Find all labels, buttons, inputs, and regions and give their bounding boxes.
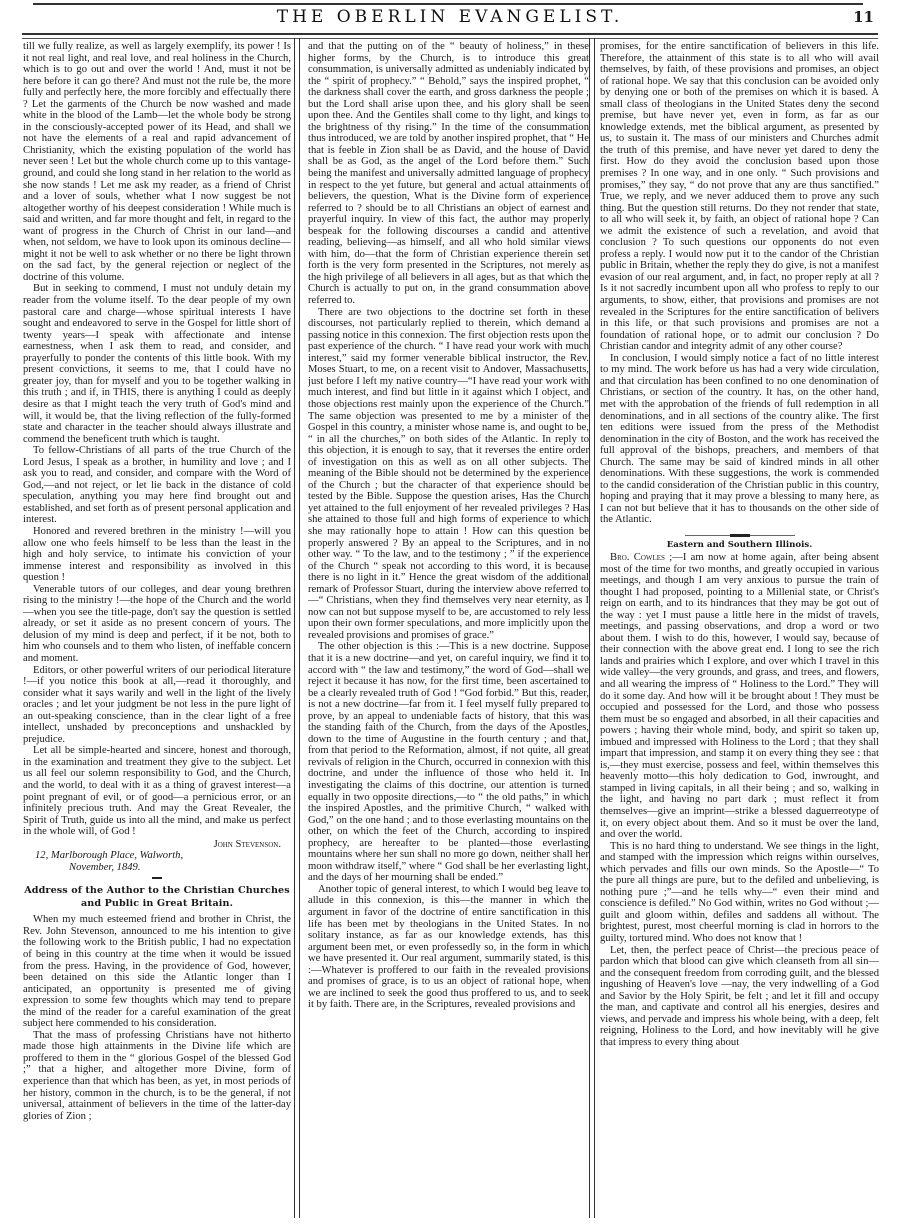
paragraph: and that the putting on of the “ beauty … [308, 41, 589, 307]
column-2: and that the putting on of the “ beauty … [308, 41, 589, 1221]
paragraph: Venerable tutors of our colleges, and de… [23, 584, 291, 665]
article-heading: Address of the Author to the Christian C… [23, 884, 291, 910]
signature: John Stevenson. [23, 839, 291, 851]
column-divider [589, 38, 595, 1218]
paragraph: Honored and revered brethren in the mini… [23, 526, 291, 584]
paragraph: The other objection is this :—This is a … [308, 641, 589, 883]
masthead-title: THE OBERLIN EVANGELIST. [0, 5, 900, 29]
article-heading: Eastern and Southern Illinois. [600, 539, 879, 551]
paragraph: This is no hard thing to understand. We … [600, 841, 879, 945]
paragraph: promises, for the entire sanctification … [600, 41, 879, 353]
salutation: Bro. Cowles [610, 552, 665, 563]
paragraph-text: ;—I am now at home again, after being ab… [600, 552, 879, 840]
section-divider [152, 877, 162, 879]
column-divider [294, 38, 300, 1218]
paragraph: till we fully realize, as well as largel… [23, 41, 291, 283]
paragraph: Editors, or other powerful writers of ou… [23, 665, 291, 746]
dateline-address-text: 12, Marlborough Place, Walworth, [35, 850, 183, 861]
dateline-address: 12, Marlborough Place, Walworth, [35, 850, 291, 862]
paragraph: When my much esteemed friend and brother… [23, 914, 291, 1029]
dateline-date: November, 1849. [69, 862, 291, 874]
paragraph: In conclusion, I would simply notice a f… [600, 353, 879, 526]
column-1: till we fully realize, as well as largel… [23, 41, 291, 1221]
paragraph: To fellow-Christians of all parts of the… [23, 445, 291, 526]
paragraph: Let all be simple-hearted and sincere, h… [23, 745, 291, 837]
paragraph: There are two objections to the doctrine… [308, 307, 589, 642]
paragraph: Bro. Cowles ;—I am now at home again, af… [600, 552, 879, 841]
ornamental-divider [685, 535, 795, 536]
paragraph: Let, then, the perfect peace of Christ—t… [600, 945, 879, 1049]
column-3: promises, for the entire sanctification … [600, 41, 879, 1221]
newspaper-page: THE OBERLIN EVANGELIST. 11 till we fully… [0, 0, 900, 1224]
header-rule [22, 33, 878, 39]
dateline-date-text: November, 1849. [69, 862, 141, 873]
paragraph: Another topic of general interest, to wh… [308, 884, 589, 1011]
paragraph: But in seeking to commend, I must not un… [23, 283, 291, 445]
page-number: 11 [853, 5, 874, 29]
paragraph: That the mass of professing Christians h… [23, 1030, 291, 1122]
